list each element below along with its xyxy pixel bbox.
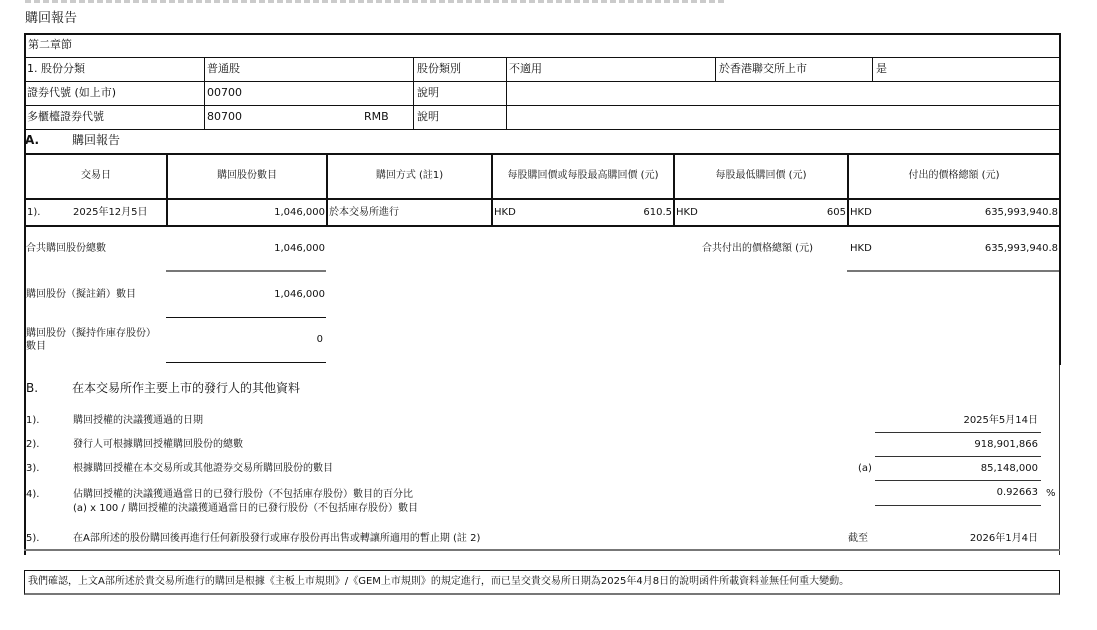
resolution-date-value: 2025年5月14日: [876, 414, 1038, 427]
row-shares: 1,046,000: [168, 206, 325, 219]
section-b-title: 在本交易所作主要上市的發行人的其他資料: [72, 381, 300, 396]
section-b-letter: B.: [26, 381, 38, 396]
moratorium-prefix: 截至: [848, 532, 868, 545]
confirmation-text: 我們確認，上文A部所述於貴交易所進行的購回是根據《主板上市規則》/《GEM上市規…: [28, 575, 849, 588]
row-method: 於本交易所進行: [329, 206, 399, 219]
item-index: 2).: [26, 438, 39, 451]
stock-code-label: 證券代號 (如上市): [27, 86, 116, 100]
total-paid-value: 635,993,940.8: [900, 242, 1058, 255]
multi-counter-desc-label: 說明: [417, 110, 439, 124]
repurchased-count-prefix: (a): [858, 462, 872, 475]
document-title: 購回報告: [25, 11, 77, 27]
row-low-currency: HKD: [676, 206, 698, 219]
percentage-value: 0.92663: [876, 486, 1038, 499]
multi-counter-label: 多櫃檯證券代號: [27, 110, 104, 124]
classification-label: 1. 股份分類: [27, 62, 85, 76]
cropped-text-line: [25, 0, 725, 3]
cancel-shares-label: 購回股份（擬註銷）數目: [26, 288, 136, 301]
total-paid-label: 合共付出的價格總額 (元): [702, 242, 813, 255]
treasury-shares-label-line2: 數目: [26, 340, 46, 353]
total-mandate-label: 發行人可根據購回授權購回股份的總數: [73, 438, 243, 451]
item-index: 3).: [26, 462, 39, 475]
repurchased-count-label: 根據購回授權在本交易所或其他證券交易所購回股份的數目: [73, 462, 333, 475]
class-value: 不適用: [509, 62, 542, 76]
row-high-currency: HKD: [494, 206, 516, 219]
total-shares-value: 1,046,000: [168, 242, 325, 255]
repurchased-count-value: 85,148,000: [876, 462, 1038, 475]
item-index: 1).: [26, 414, 39, 427]
item-index: 5).: [26, 532, 39, 545]
total-paid-currency: HKD: [850, 242, 872, 255]
listed-value: 是: [876, 62, 887, 76]
section-a-letter: A.: [25, 133, 39, 148]
moratorium-value: 2026年1月4日: [876, 532, 1038, 545]
percentage-label: 佔購回授權的決議獲通過當日的已發行股份（不包括庫存股份）數目的百分比: [73, 488, 413, 501]
row-date: 2025年12月5日: [73, 206, 148, 219]
header-total-paid: 付出的價格總額 (元): [849, 169, 1059, 182]
confirmation-box: 我們確認，上文A部所述於貴交易所進行的購回是根據《主板上市規則》/《GEM上市規…: [24, 570, 1060, 595]
row-high-price: 610.5: [560, 206, 672, 219]
chapter-label: 第二章節: [28, 38, 72, 52]
row-total-currency: HKD: [850, 206, 872, 219]
section-a-title: 購回報告: [72, 133, 120, 148]
multi-counter-value: 80700: [207, 110, 242, 124]
item-index: 4).: [26, 488, 39, 501]
stock-code-desc-label: 說明: [417, 86, 439, 100]
header-high-price: 每股購回價或每股最高購回價 (元): [493, 169, 673, 182]
total-mandate-value: 918,901,866: [876, 438, 1038, 451]
header-shares: 購回股份數目: [168, 169, 326, 182]
percentage-suffix: %: [1046, 487, 1056, 500]
treasury-shares-label-line1: 購回股份（擬持作庫存股份）: [26, 327, 156, 340]
header-method: 購回方式 (註1): [328, 169, 491, 182]
header-trade-date: 交易日: [26, 169, 166, 182]
cancel-shares-value: 1,046,000: [168, 288, 325, 301]
treasury-shares-value: 0: [168, 333, 323, 346]
listed-label: 於香港聯交所上市: [719, 62, 807, 76]
header-low-price: 每股最低購回價 (元): [675, 169, 847, 182]
row-total-paid: 635,993,940.8: [900, 206, 1058, 219]
percentage-formula: (a) x 100 / 購回授權的決議獲通過當日的已發行股份（不包括庫存股份）數…: [73, 502, 418, 515]
classification-value: 普通股: [207, 62, 240, 76]
row-index: 1).: [27, 206, 40, 219]
class-label: 股份類別: [417, 62, 461, 76]
stock-code-value: 00700: [207, 86, 242, 100]
total-shares-label: 合共購回股份總數: [26, 242, 106, 255]
row-low-price: 605: [740, 206, 846, 219]
moratorium-label: 在A部所述的股份購回後再進行任何新股發行或庫存股份再出售或轉讓所適用的暫止期 (…: [73, 532, 480, 545]
resolution-date-label: 購回授權的決議獲通過的日期: [73, 414, 203, 427]
multi-counter-currency: RMB: [364, 110, 389, 124]
